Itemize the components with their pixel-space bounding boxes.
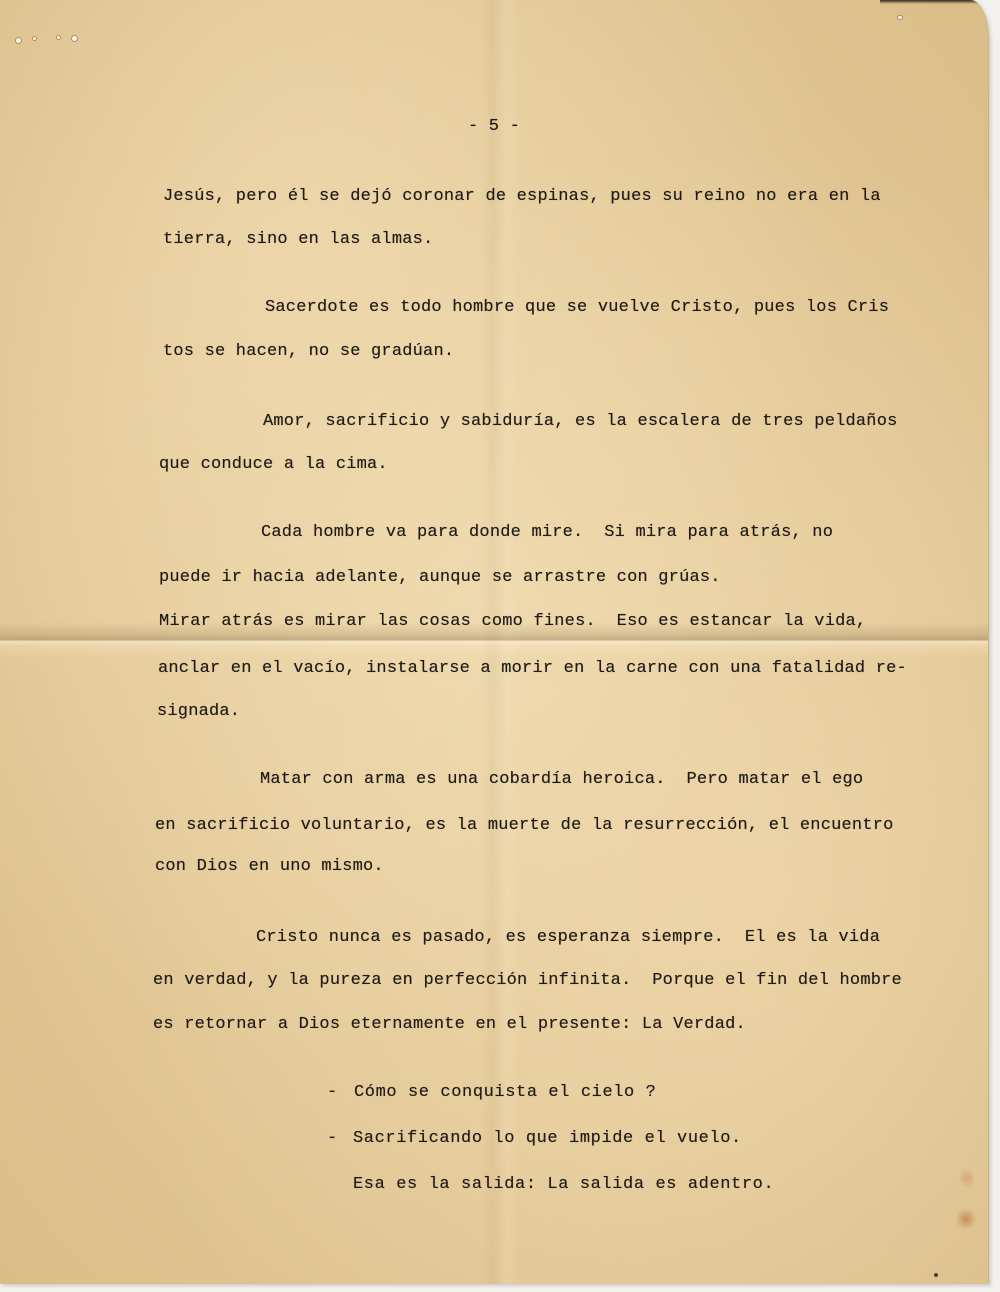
paragraph-line: Matar con arma es una cobardía heroica. … <box>260 770 863 789</box>
paragraph-line: Cada hombre va para donde mire. Si mira … <box>261 523 833 542</box>
paragraph-line: tierra, sino en las almas. <box>163 230 433 249</box>
dialogue-line: Sacrificando lo que impide el vuelo. <box>353 1129 742 1148</box>
paragraph-line: puede ir hacia adelante, aunque se arras… <box>159 568 721 587</box>
paragraph-line: Cristo nunca es pasado, es esperanza sie… <box>256 928 880 947</box>
document-page: - 5 - Jesús, pero él se dejó coronar de … <box>0 0 989 1284</box>
paragraph-line: en sacrificio voluntario, es la muerte d… <box>155 816 894 835</box>
paragraph-line: Mirar atrás es mirar las cosas como fine… <box>159 612 866 631</box>
dialogue-line: Cómo se conquista el cielo ? <box>354 1083 656 1102</box>
page-number: - 5 - <box>468 117 520 136</box>
paragraph-line: Sacerdote es todo hombre que se vuelve C… <box>265 298 889 317</box>
dialogue-dash: - <box>327 1129 338 1148</box>
pin-hole-icon <box>72 36 77 41</box>
paragraph-line: Amor, sacrificio y sabiduría, es la esca… <box>263 412 898 431</box>
rust-stain <box>960 1165 974 1191</box>
paragraph-line: en verdad, y la pureza en perfección inf… <box>153 971 902 990</box>
paragraph-line: es retornar a Dios eternamente en el pre… <box>153 1015 746 1034</box>
ink-speck <box>934 1273 938 1277</box>
paragraph-line: Jesús, pero él se dejó coronar de espina… <box>163 187 881 206</box>
paragraph-line: anclar en el vacío, instalarse a morir e… <box>158 659 907 678</box>
paragraph-line: que conduce a la cima. <box>159 455 388 474</box>
dialogue-line: Esa es la salida: La salida es adentro. <box>353 1175 774 1194</box>
dialogue-dash: - <box>327 1083 338 1102</box>
pin-hole-icon <box>16 38 21 43</box>
pin-hole-icon <box>57 36 60 39</box>
rust-stain <box>955 1208 977 1230</box>
page-edge-shadow <box>880 0 988 4</box>
pin-hole-icon <box>898 16 902 19</box>
pin-hole-icon <box>33 37 36 40</box>
paragraph-line: signada. <box>157 702 240 721</box>
paragraph-line: con Dios en uno mismo. <box>155 857 384 876</box>
paragraph-line: tos se hacen, no se gradúan. <box>163 342 454 361</box>
